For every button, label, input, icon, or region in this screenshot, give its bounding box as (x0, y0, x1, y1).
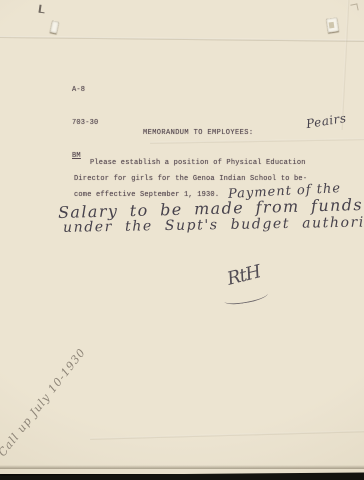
fold-crease-top (0, 36, 364, 42)
body-line-3: come effective September 1, 1930. (74, 191, 219, 199)
scanned-memo-page: A-8 703-30 BM MEMORANDUM TO EMPLOYEES: P… (0, 0, 364, 480)
pencil-note-bottom-left: Call up July 10-1930 (0, 346, 88, 459)
body-line-2: Director for girls for the Genoa Indian … (74, 175, 307, 183)
signature-initials: RtH (225, 261, 263, 289)
fold-crease-bottom (90, 430, 364, 440)
memo-title: MEMORANDUM TO EMPLOYEES: (143, 129, 253, 137)
corner-mark-top-left (38, 5, 45, 14)
body-line-1: Please establish a position of Physical … (90, 159, 306, 167)
staple-hole-right (326, 17, 339, 32)
ref-line-code: A-8 (72, 85, 98, 96)
paper-bottom-edge-shadow (0, 465, 364, 469)
fold-crease-middle (150, 138, 364, 144)
ref-line-number: 703-30 (72, 118, 98, 129)
staple-hole-left (50, 20, 59, 33)
corner-mark-top-right (350, 3, 358, 11)
paper-sheet: A-8 703-30 BM MEMORANDUM TO EMPLOYEES: P… (0, 0, 364, 474)
signature-flourish (223, 289, 268, 306)
